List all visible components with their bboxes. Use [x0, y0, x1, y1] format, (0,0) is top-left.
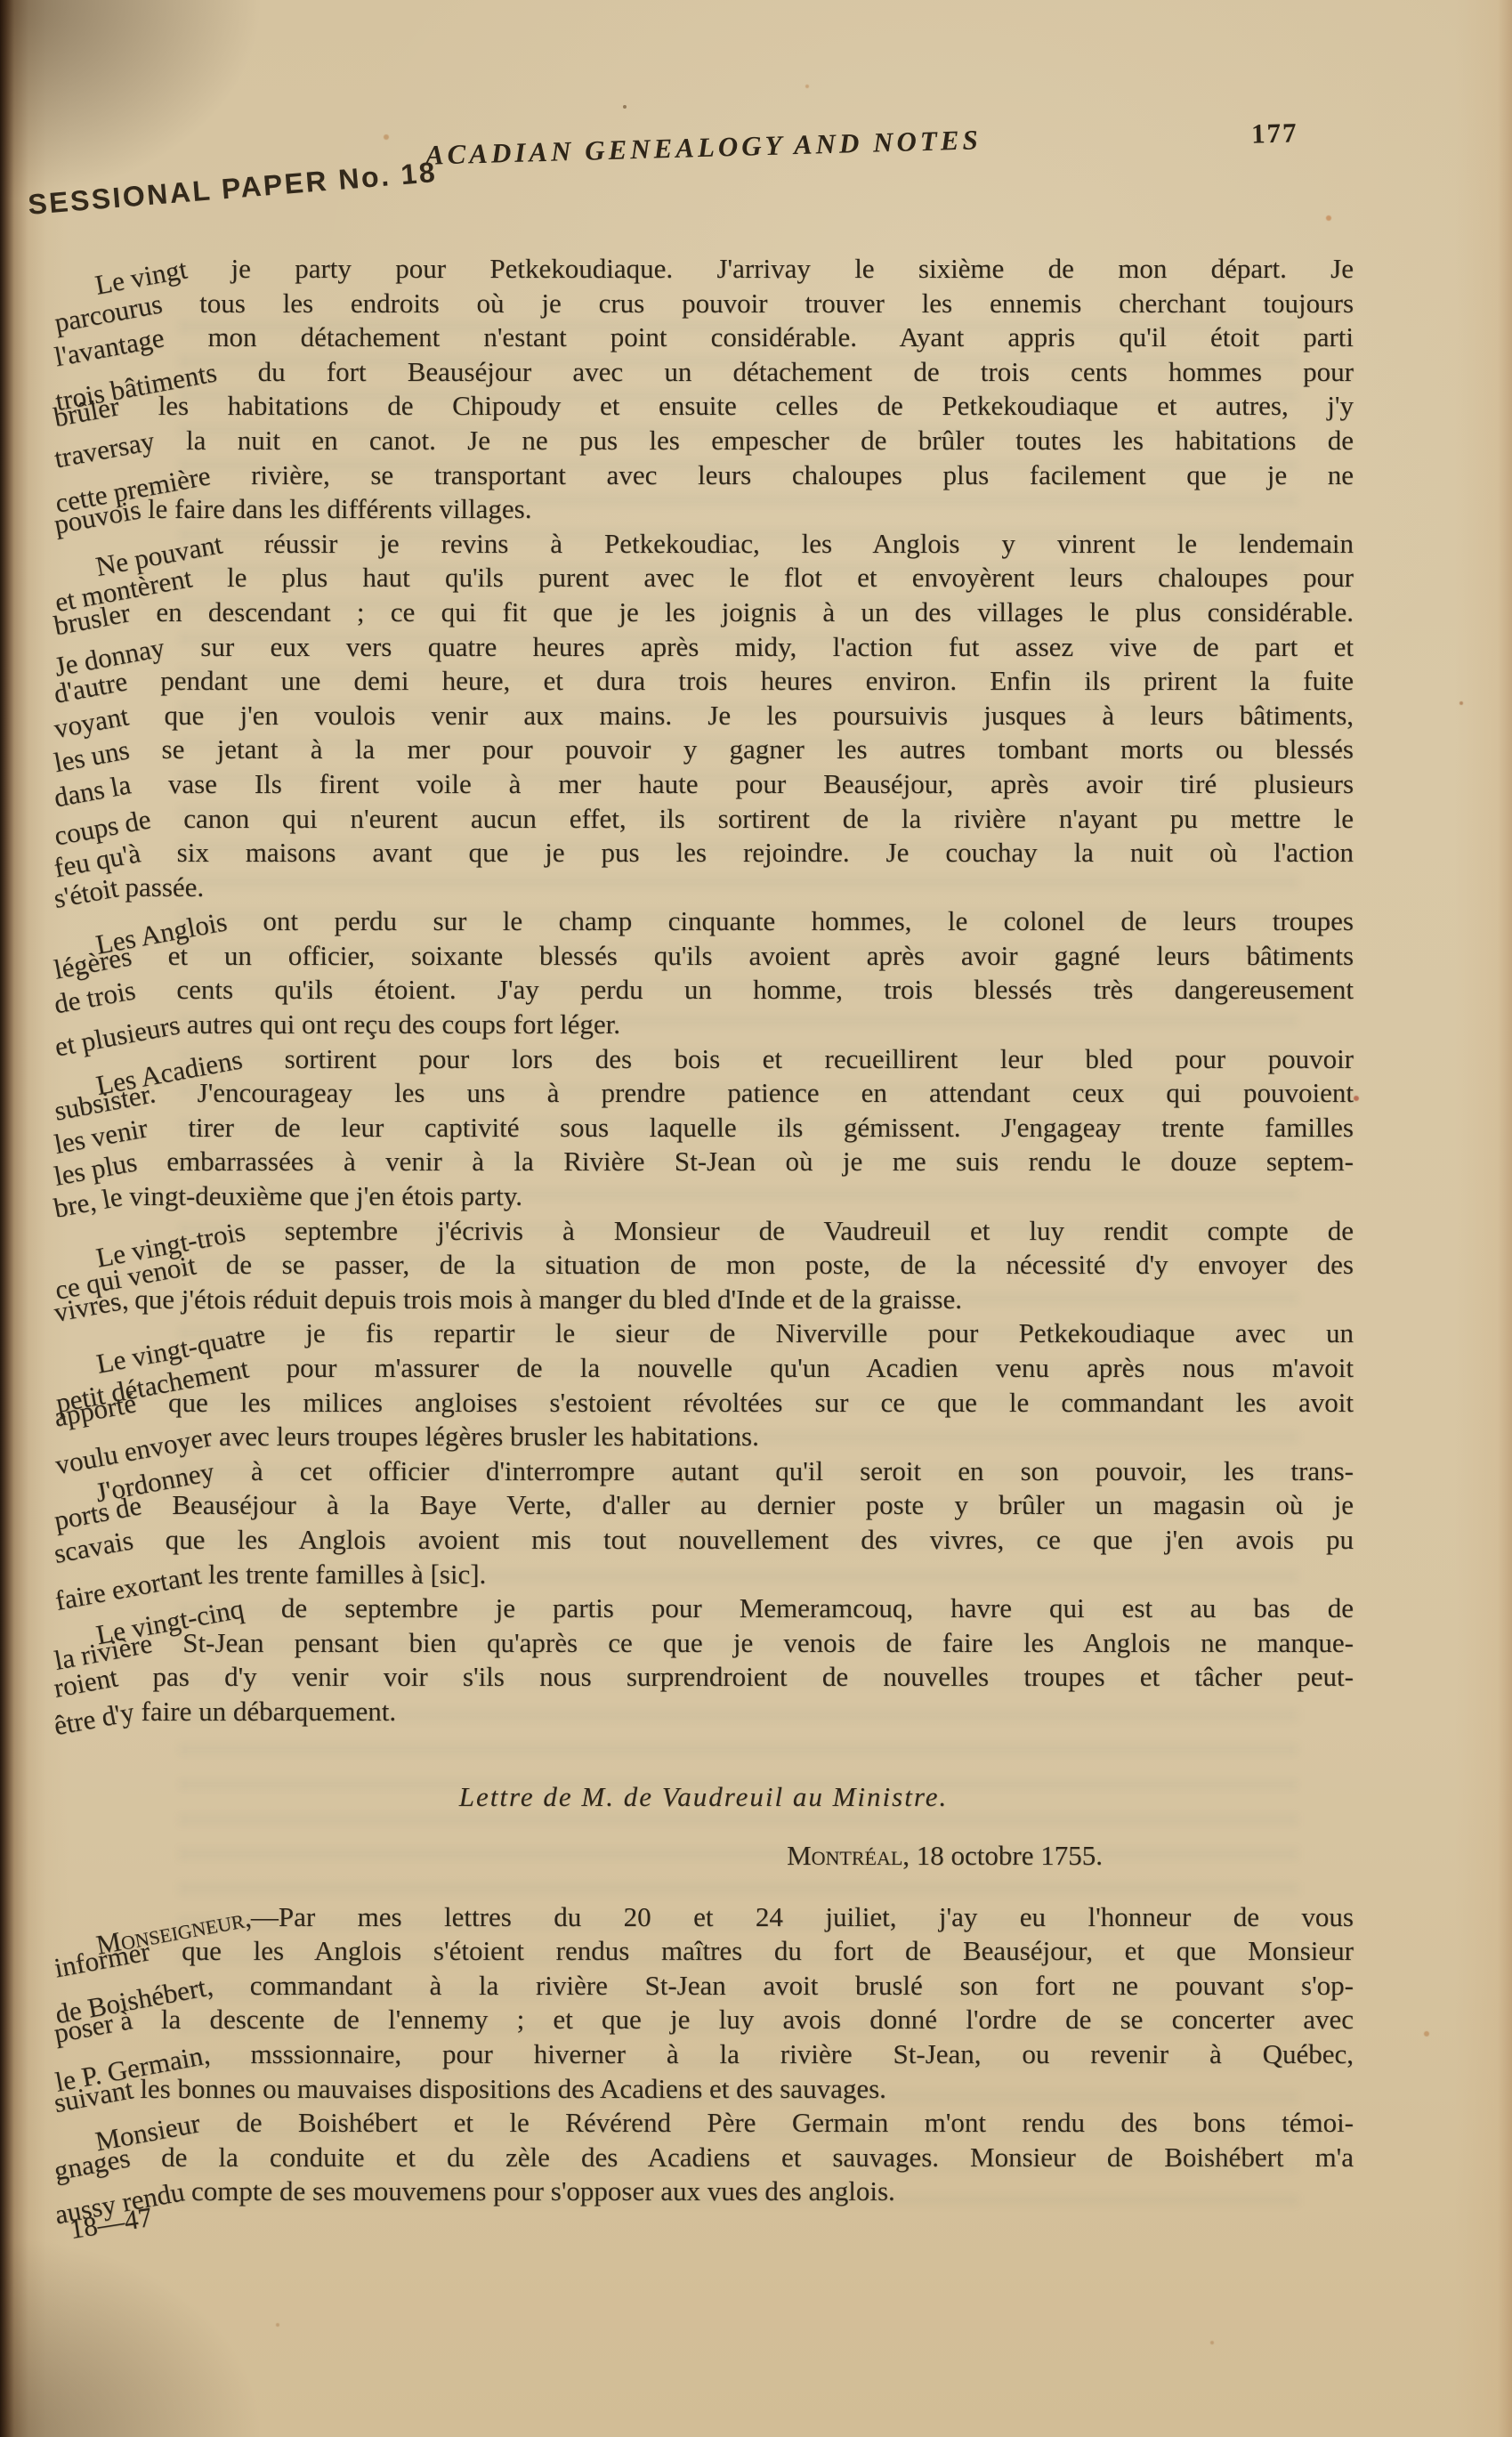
- line-text: et un officier, soixante blessés qu'ils …: [168, 940, 1354, 971]
- text-line: aussy rendu compte de ses mouvemens pour…: [53, 2174, 1354, 2209]
- text-line: voyant que j'en voulois venir aux mains.…: [53, 699, 1354, 733]
- line-text: je fis repartir le sieur de Niverville p…: [305, 1317, 1354, 1348]
- line-text: que les Anglois s'étoient rendus maîtres…: [182, 1935, 1354, 1966]
- text-line: Le vingt-quatre je fis repartir le sieur…: [53, 1316, 1354, 1351]
- line-text: pendant une demi heure, et dura trois he…: [160, 665, 1354, 696]
- line-text: de la conduite et du zèle des Acadiens e…: [161, 2141, 1354, 2173]
- line-text: le plus haut qu'ils purent avec le flot …: [227, 562, 1354, 593]
- line-text: que les milices angloises s'estoient rév…: [168, 1387, 1354, 1418]
- text-line: le P. Germain, msssionnaire, pour hivern…: [53, 2037, 1354, 2072]
- text-line: brusler en descendant ; ce qui fit que j…: [53, 595, 1354, 630]
- text-line: scavais que les Anglois avoient mis tout…: [53, 1523, 1354, 1558]
- text-line: bre, le vingt-deuxième que j'en étois pa…: [53, 1179, 1354, 1214]
- line-text: avec leurs troupes légères brusler les h…: [219, 1421, 759, 1452]
- text-line: les venir tirer de leur captivité sous l…: [53, 1111, 1354, 1146]
- line-text: commandant à la rivière St-Jean avoit br…: [250, 1970, 1354, 2001]
- line-text: Beauséjour à la Baye Verte, d'aller au d…: [172, 1489, 1354, 1520]
- line-text: —Par mes lettres du 20 et 24 juiliet, j'…: [251, 1901, 1354, 1932]
- text-line: J'ordonney à cet officier d'interrompre …: [53, 1454, 1354, 1489]
- line-text: sur eux vers quatre heures après midy, l…: [200, 631, 1354, 662]
- text-line: gnages de la conduite et du zèle des Aca…: [53, 2141, 1354, 2175]
- letter-dateline: Montréal, 18 octobre 1755.: [53, 1840, 1354, 1872]
- text-line: suivant les bonnes ou mauvaises disposit…: [53, 2072, 1354, 2107]
- text-line: petit détachement pour m'assurer de la n…: [53, 1351, 1354, 1386]
- text-line: et plusieurs autres qui ont reçu des cou…: [53, 1008, 1354, 1042]
- text-line: et montèrent le plus haut qu'ils purent …: [53, 561, 1354, 595]
- text-line: l'avantage mon détachement n'estant poin…: [53, 320, 1354, 355]
- line-text: de se passer, de la situation de mon pos…: [226, 1249, 1354, 1280]
- line-text: pas d'y venir voir s'ils nous surprendro…: [153, 1661, 1354, 1692]
- text-line: être d'y faire un débarquement.: [53, 1695, 1354, 1729]
- line-text: six maisons avant que je pus les rejoind…: [177, 837, 1354, 868]
- page-content: ACADIAN GENEALOGY AND NOTES 177 SESSIONA…: [53, 132, 1354, 2248]
- text-line: cette première rivière, se transportant …: [53, 458, 1354, 493]
- line-text: cents qu'ils étoient. J'ay perdu un homm…: [176, 974, 1354, 1005]
- text-line: les uns se jetant à la mer pour pouvoir …: [53, 733, 1354, 767]
- text-line: Le vingt-cinq de septembre je partis pou…: [53, 1591, 1354, 1626]
- line-text: embarrassées à venir à la Rivière St-Jea…: [166, 1146, 1354, 1177]
- line-text: vase Ils firent voile à mer haute pour B…: [168, 768, 1354, 799]
- line-text: en descendant ; ce qui fit que je les jo…: [156, 596, 1354, 627]
- text-line: traversay la nuit en canot. Je ne pus le…: [53, 424, 1354, 458]
- letter-heading: Lettre de M. de Vaudreuil au Ministre.: [53, 1781, 1354, 1813]
- line-text: la descente de l'ennemy ; et que je luy …: [161, 2004, 1354, 2035]
- text-line: voulu envoyer avec leurs troupes légères…: [53, 1420, 1354, 1454]
- text-line: vivres, que j'étois réduit depuis trois …: [53, 1283, 1354, 1317]
- paper-specks: [0, 0, 4, 4]
- line-text: à cet officier d'interrompre autant qu'i…: [251, 1455, 1354, 1486]
- text-line: subsister. J'encourageay les uns à prend…: [53, 1076, 1354, 1111]
- line-text: ont perdu sur le champ cinquante hommes,…: [263, 905, 1354, 936]
- text-line: Les Acadiens sortirent pour lors des boi…: [53, 1042, 1354, 1077]
- line-text: septembre j'écrivis à Monsieur de Vaudre…: [285, 1215, 1354, 1246]
- text-line: parcourus tous les endroits où je crus p…: [53, 287, 1354, 321]
- text-line: pouvois le faire dans les différents vil…: [53, 492, 1354, 527]
- text-line: Le vingt-trois septembre j'écrivis à Mon…: [53, 1214, 1354, 1249]
- line-text: J'encourageay les uns à prendre patience…: [198, 1077, 1354, 1108]
- line-text: tous les endroits où je crus pouvoir tro…: [199, 287, 1354, 319]
- line-text: faire un débarquement.: [141, 1696, 397, 1727]
- line-text: que j'étois réduit depuis trois mois à m…: [134, 1283, 962, 1315]
- line-text: se jetant à la mer pour pouvoir y gagner…: [162, 733, 1354, 765]
- text-line: brûler les habitations de Chipoudy et en…: [53, 389, 1354, 424]
- line-text: les habitations de Chipoudy et ensuite c…: [158, 390, 1354, 421]
- text-line: apporté que les milices angloises s'esto…: [53, 1386, 1354, 1421]
- text-line: Le vingt je party pour Petkekoudiaque. J…: [53, 252, 1354, 287]
- dateline-place: Montréal,: [787, 1840, 910, 1871]
- page-number: 177: [1251, 117, 1298, 150]
- text-line: de Boishébert, commandant à la rivière S…: [53, 1969, 1354, 2004]
- text-line: Les Anglois ont perdu sur le champ cinqu…: [53, 904, 1354, 939]
- text-line: feu qu'à six maisons avant que je pus le…: [53, 836, 1354, 870]
- text-line: ce qui venoit de se passer, de la situat…: [53, 1248, 1354, 1283]
- text-line: Je donnay sur eux vers quatre heures apr…: [53, 630, 1354, 665]
- line-text: que les Anglois avoient mis tout nouvell…: [166, 1524, 1354, 1555]
- text-line: coups de canon qui n'eurent aucun effet,…: [53, 802, 1354, 837]
- text-line: dans la vase Ils firent voile à mer haut…: [53, 767, 1354, 802]
- text-line: informer que les Anglois s'étoient rendu…: [53, 1934, 1354, 1969]
- text-line: faire exortant les trente familles à [si…: [53, 1558, 1354, 1592]
- text-line: la rivière St-Jean pensant bien qu'après…: [53, 1626, 1354, 1661]
- line-text: rivière, se transportant avec leurs chal…: [251, 459, 1354, 490]
- line-text: vingt-deuxième que j'en étois party.: [129, 1180, 522, 1211]
- text-line: Monsieur de Boishébert et le Révérend Pè…: [53, 2106, 1354, 2141]
- line-text: msssionnaire, pour hiverner à la rivière…: [251, 2038, 1354, 2069]
- line-text: mon détachement n'estant point considéra…: [207, 321, 1354, 352]
- text-line: les plus embarrassées à venir à la Riviè…: [53, 1145, 1354, 1179]
- text-line: d'autre pendant une demi heure, et dura …: [53, 664, 1354, 699]
- text-line: poser à la descente de l'ennemy ; et que…: [53, 2003, 1354, 2037]
- text-line: s'étoit passée.: [53, 870, 1354, 905]
- line-text: St-Jean pensant bien qu'après ce que je …: [182, 1627, 1354, 1658]
- memoir-text-block: Le vingt je party pour Petkekoudiaque. J…: [53, 252, 1354, 1729]
- line-text: de Boishébert et le Révérend Père Germai…: [236, 2107, 1354, 2138]
- line-text: le faire dans les différents villages.: [148, 493, 532, 524]
- line-text: réussir je revins à Petkekoudiac, les An…: [264, 528, 1354, 559]
- scanned-book-page: ACADIAN GENEALOGY AND NOTES 177 SESSIONA…: [0, 0, 1512, 2437]
- line-text: canon qui n'eurent aucun effet, ils sort…: [183, 803, 1354, 834]
- line-text: les trente familles à [sic].: [208, 1559, 486, 1590]
- line-text: la nuit en canot. Je ne pus les empesche…: [186, 425, 1354, 456]
- text-line: légères et un officier, soixante blessés…: [53, 939, 1354, 974]
- text-line: de trois cents qu'ils étoient. J'ay perd…: [53, 973, 1354, 1008]
- text-line: roient pas d'y venir voir s'ils nous sur…: [53, 1660, 1354, 1695]
- text-line: ports de Beauséjour à la Baye Verte, d'a…: [53, 1488, 1354, 1523]
- dateline-date: 18 octobre 1755.: [910, 1840, 1103, 1871]
- line-text: je party pour Petkekoudiaque. J'arrivay …: [231, 253, 1354, 284]
- line-text: compte de ses mouvemens pour s'opposer a…: [191, 2175, 895, 2206]
- line-text: du fort Beauséjour avec un détachement d…: [258, 356, 1354, 387]
- line-text: pour m'assurer de la nouvelle qu'un Acad…: [287, 1352, 1354, 1383]
- line-text: sortirent pour lors des bois et recueill…: [285, 1043, 1354, 1074]
- text-line: trois bâtiments du fort Beauséjour avec …: [53, 355, 1354, 390]
- line-text: passée.: [125, 871, 205, 903]
- text-line: Ne pouvant réussir je revins à Petkekoud…: [53, 527, 1354, 562]
- letter-text-block: Monseigneur,—Par mes lettres du 20 et 24…: [53, 1900, 1354, 2209]
- line-text: que j'en voulois venir aux mains. Je les…: [165, 700, 1354, 731]
- line-text: de septembre je partis pour Memeramcouq,…: [281, 1592, 1354, 1623]
- line-text: les bonnes ou mauvaises dispositions des…: [140, 2073, 886, 2104]
- line-text: autres qui ont reçu des coups fort léger…: [187, 1008, 620, 1040]
- line-text: tirer de leur captivité sous laquelle il…: [188, 1112, 1354, 1143]
- text-line: Monseigneur,—Par mes lettres du 20 et 24…: [53, 1900, 1354, 1935]
